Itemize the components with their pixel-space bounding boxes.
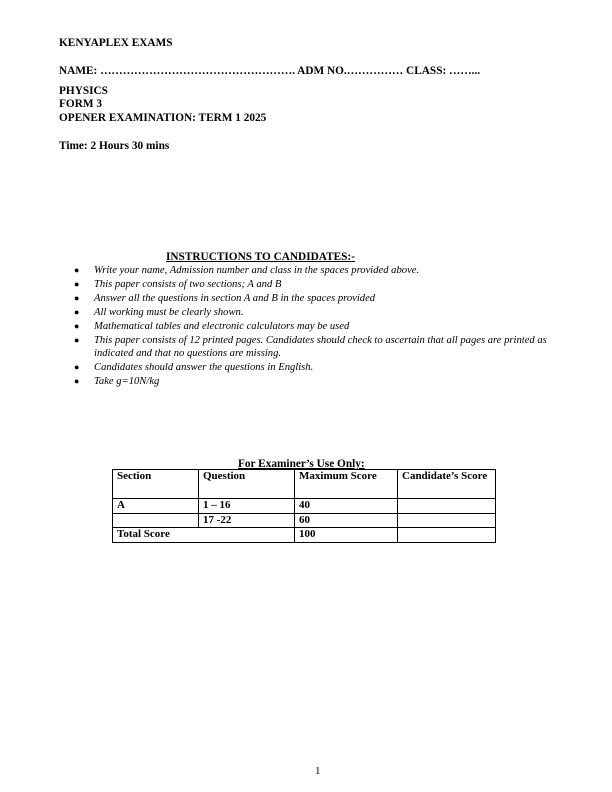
bullet-icon: ● [74,320,79,334]
cell-question: 17 -22 [199,513,295,528]
subject-title: PHYSICS [59,85,108,98]
school-brand: KENYAPLEX EXAMS [59,37,173,50]
cell-section: A [113,499,199,514]
instruction-item: ●This paper consists of two sections; A … [74,278,574,292]
instruction-item: ●This paper consists of 12 printed pages… [74,334,574,362]
bullet-icon: ● [74,292,79,306]
table-total-row: Total Score 100 [113,528,496,543]
instruction-item: ●Write your name, Admission number and c… [74,264,574,278]
header-section: Section [113,470,199,499]
cell-candidate-score[interactable] [398,513,496,528]
instruction-text: This paper consists of 12 printed pages.… [94,335,547,360]
instruction-item: ●Take g=10N/kg [74,375,574,389]
cell-question: 1 – 16 [199,499,295,514]
candidate-details-line: NAME: ……………………………………………. ADM NO.…………… CL… [59,65,480,78]
instruction-item: ●All working must be clearly shown. [74,306,574,320]
bullet-icon: ● [74,375,79,389]
instruction-text: This paper consists of two sections; A a… [94,279,281,290]
cell-candidate-score[interactable] [398,499,496,514]
cell-section [113,513,199,528]
cell-maximum-score: 60 [295,513,398,528]
page-number: 1 [315,765,321,777]
table-row: 17 -22 60 [113,513,496,528]
cell-maximum-score: 40 [295,499,398,514]
examiner-score-table: Section Question Maximum Score Candidate… [112,469,496,543]
instructions-heading: INSTRUCTIONS TO CANDIDATES:- [166,251,355,264]
instruction-text: Write your name, Admission number and cl… [94,265,419,276]
header-maximum-score: Maximum Score [295,470,398,499]
instruction-text: Take g=10N/kg [94,376,159,387]
total-label: Total Score [113,528,295,543]
exam-title: OPENER EXAMINATION: TERM 1 2025 [59,112,266,125]
exam-duration: Time: 2 Hours 30 mins [59,140,169,153]
table-row: A 1 – 16 40 [113,499,496,514]
bullet-icon: ● [74,361,79,375]
instruction-item: ●Candidates should answer the questions … [74,361,574,375]
instruction-text: Answer all the questions in section A an… [94,293,375,304]
total-maximum-score: 100 [295,528,398,543]
bullet-icon: ● [74,334,79,348]
bullet-icon: ● [74,278,79,292]
instruction-item: ●Answer all the questions in section A a… [74,292,574,306]
bullet-icon: ● [74,264,79,278]
instruction-text: Mathematical tables and electronic calcu… [94,321,349,332]
header-question: Question [199,470,295,499]
bullet-icon: ● [74,306,79,320]
instruction-item: ●Mathematical tables and electronic calc… [74,320,574,334]
form-level: FORM 3 [59,98,102,111]
instruction-text: Candidates should answer the questions i… [94,362,313,373]
table-header-row: Section Question Maximum Score Candidate… [113,470,496,499]
instruction-text: All working must be clearly shown. [94,307,243,318]
total-candidate-score[interactable] [398,528,496,543]
header-candidate-score: Candidate’s Score [398,470,496,499]
instructions-list: ●Write your name, Admission number and c… [74,264,574,389]
